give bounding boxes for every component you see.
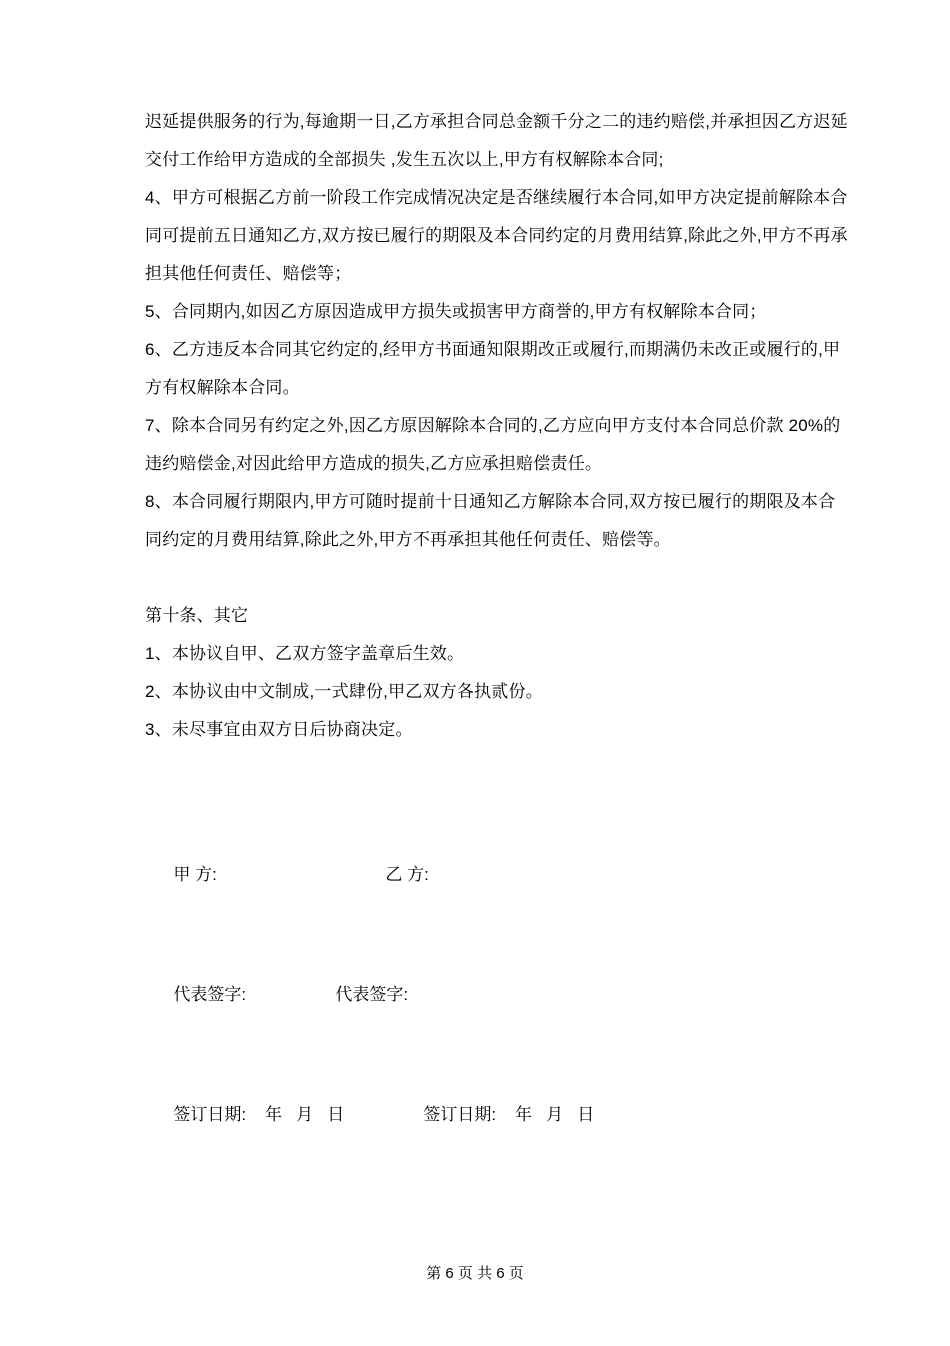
page-number-footer: 第 6 页 共 6 页	[0, 1263, 950, 1285]
signature-representative-row: 代表签字:代表签字:	[145, 935, 865, 1055]
clause-continuation-line: 迟延提供服务的行为,每逾期一日,乙方承担合同总金额千分之二的违约赔偿,并承担因乙…	[145, 103, 845, 141]
clause-item-7-line: 违约赔偿金,对因此给甲方造成的损失,乙方应承担赔偿责任。	[145, 445, 845, 483]
contract-body: 迟延提供服务的行为,每逾期一日,乙方承担合同总金额千分之二的违约赔偿,并承担因乙…	[145, 103, 845, 749]
clause-item-5-line: 5、合同期内,如因乙方原因造成甲方损失或损害甲方商誉的,甲方有权解除本合同；	[145, 293, 845, 331]
clause-item-4-line: 同可提前五日通知乙方,双方按已履行的期限及本合同约定的月费用结算,除此之外,甲方…	[145, 217, 845, 255]
party-b-representative-label: 代表签字:	[335, 985, 408, 1004]
signature-date-row: 签订日期: 年 月 日签订日期: 年 月 日	[145, 1055, 865, 1175]
party-a-representative-label: 代表签字:	[173, 975, 335, 1015]
section-10-item: 1、本协议自甲、乙双方签字盖章后生效。	[145, 635, 845, 673]
party-b-label: 乙 方:	[385, 865, 428, 884]
clause-item-6-line: 6、乙方违反本合同其它约定的,经甲方书面通知限期改正或履行,而期满仍未改正或履行…	[145, 331, 845, 369]
clause-item-4-line: 担其他任何责任、赔偿等；	[145, 255, 845, 293]
clause-item-8-line: 同约定的月费用结算,除此之外,甲方不再承担其他任何责任、赔偿等。	[145, 521, 845, 559]
clause-continuation-line: 交付工作给甲方造成的全部损失 ,发生五次以上,甲方有权解除本合同;	[145, 141, 845, 179]
clause-item-7-line: 7、除本合同另有约定之外,因乙方原因解除本合同的,乙方应向甲方支付本合同总价款 …	[145, 407, 845, 445]
signature-block: 甲 方:乙 方: 代表签字:代表签字: 签订日期: 年 月 日签订日期: 年 月…	[145, 815, 865, 1175]
section-10-item: 3、未尽事宜由双方日后协商决定。	[145, 711, 845, 749]
clause-item-6-line: 方有权解除本合同。	[145, 369, 845, 407]
clause-item-4-line: 4、甲方可根据乙方前一阶段工作完成情况决定是否继续履行本合同,如甲方决定提前解除…	[145, 179, 845, 217]
section-10-item: 2、本协议由中文制成,一式肆份,甲乙双方各执贰份。	[145, 673, 845, 711]
party-a-date-label: 签订日期: 年 月 日	[173, 1095, 423, 1135]
clause-item-8-line: 8、本合同履行期限内,甲方可随时提前十日通知乙方解除本合同,双方按已履行的期限及…	[145, 483, 845, 521]
party-a-label: 甲 方:	[173, 855, 385, 895]
party-b-date-label: 签订日期: 年 月 日	[423, 1105, 594, 1124]
contract-document-page: 迟延提供服务的行为,每逾期一日,乙方承担合同总金额千分之二的违约赔偿,并承担因乙…	[0, 0, 950, 1346]
section-10-heading: 第十条、其它	[145, 597, 845, 635]
signature-party-row: 甲 方:乙 方:	[145, 815, 865, 935]
